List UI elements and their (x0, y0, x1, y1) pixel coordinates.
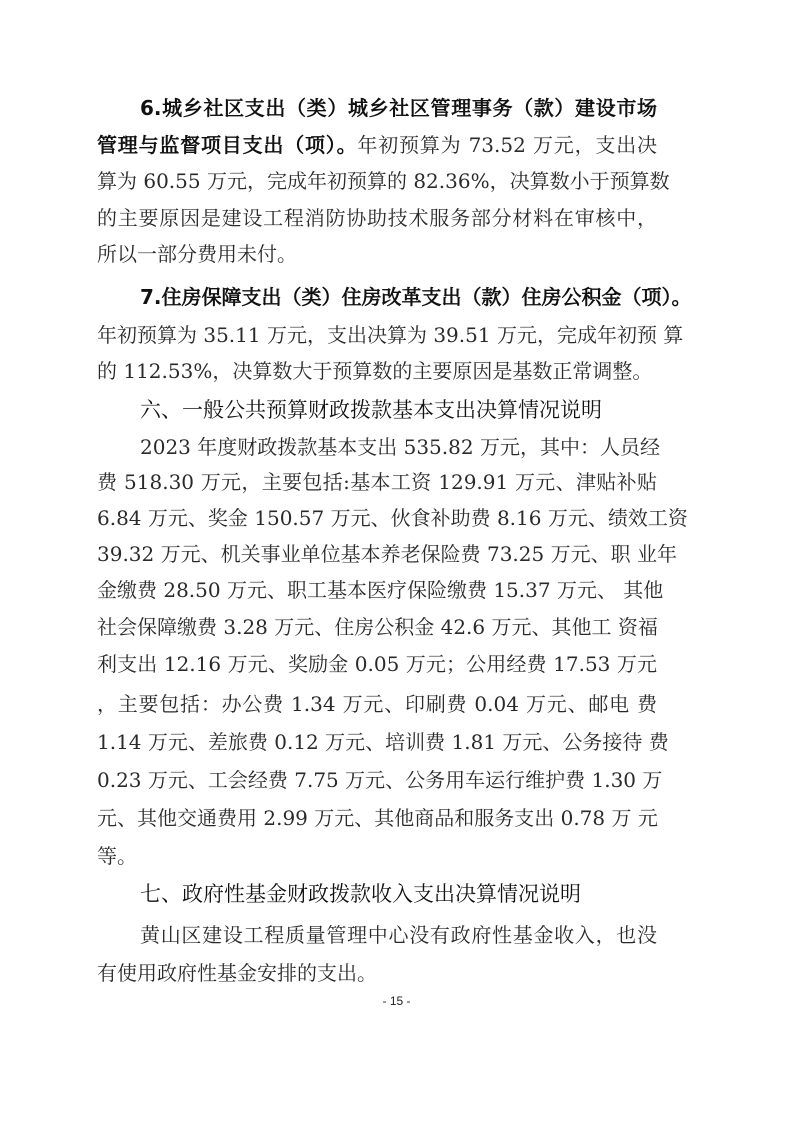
item6-line5: 所以一部分费用未付。 (97, 241, 657, 267)
section-seven-line: 黄山区建设工程质量管理中心没有政府性基金收入，也没 (140, 922, 657, 948)
section-six-line: 1.14 万元、差旅费 0.12 万元、培训费 1.81 万元、公务接待 费 (97, 729, 657, 755)
section-seven-heading: 七、政府性基金财政拨款收入支出决算情况说明 (140, 881, 657, 907)
item7-line3: 的 112.53%，决算数大于预算数的主要原因是基数正常调整。 (97, 358, 657, 384)
section-six-line: 等。 (97, 843, 657, 869)
document-page: 6.城乡社区支出（类）城乡社区管理事务（款）建设市场 管理与监督项目支出（项）。… (0, 0, 793, 1122)
item7-title: 7.住房保障支出（类）住房改革支出（款）住房公积金（项）。 (140, 284, 657, 310)
section-six-line: 0.23 万元、工会经费 7.75 万元、公务用车运行维护费 1.30 万 (97, 767, 657, 793)
item6-line3: 算为 60.55 万元，完成年初预算的 82.36%，决算数小于预算数 (97, 168, 657, 194)
section-six-line: 39.32 万元、机关事业单位基本养老保险费 73.25 万元、职 业年 (97, 541, 657, 567)
page-number: - 15 - (0, 994, 793, 1008)
item6-title-line2: 管理与监督项目支出（项）。 (97, 133, 357, 157)
section-six-line: 金缴费 28.50 万元、职工基本医疗保险缴费 15.37 万元、 其他 (97, 577, 657, 603)
item6-title-line1: 6.城乡社区支出（类）城乡社区管理事务（款）建设市场 (140, 95, 657, 121)
item7-line2: 年初预算为 35.11 万元，支出决算为 39.51 万元，完成年初预 算 (97, 322, 657, 348)
section-six-line: 利支出 12.16 万元、奖励金 0.05 万元；公用经费 17.53 万元 (97, 651, 657, 677)
section-six-line: 费 518.30 万元，主要包括:基本工资 129.91 万元、津贴补贴 (97, 469, 657, 495)
section-six-line: 元、其他交通费用 2.99 万元、其他商品和服务支出 0.78 万 元 (97, 805, 657, 831)
section-six-heading: 六、一般公共预算财政拨款基本支出决算情况说明 (140, 397, 657, 423)
section-six-line: 社会保障缴费 3.28 万元、住房公积金 42.6 万元、其他工 资福 (97, 614, 657, 640)
section-seven-line: 有使用政府性基金安排的支出。 (97, 960, 657, 986)
section-six-line: ，主要包括：办公费 1.34 万元、印刷费 0.04 万元、邮电 费 (97, 691, 657, 717)
item6-line2: 管理与监督项目支出（项）。年初预算为 73.52 万元，支出决 (97, 132, 657, 158)
section-six-line: 6.84 万元、奖金 150.57 万元、伙食补助费 8.16 万元、绩效工资 (97, 505, 657, 531)
item6-line2-text: 年初预算为 73.52 万元，支出决 (357, 133, 657, 157)
section-six-line: 2023 年度财政拨款基本支出 535.82 万元，其中：人员经 (140, 434, 657, 460)
item6-line4: 的主要原因是建设工程消防协助技术服务部分材料在审核中， (97, 205, 657, 231)
